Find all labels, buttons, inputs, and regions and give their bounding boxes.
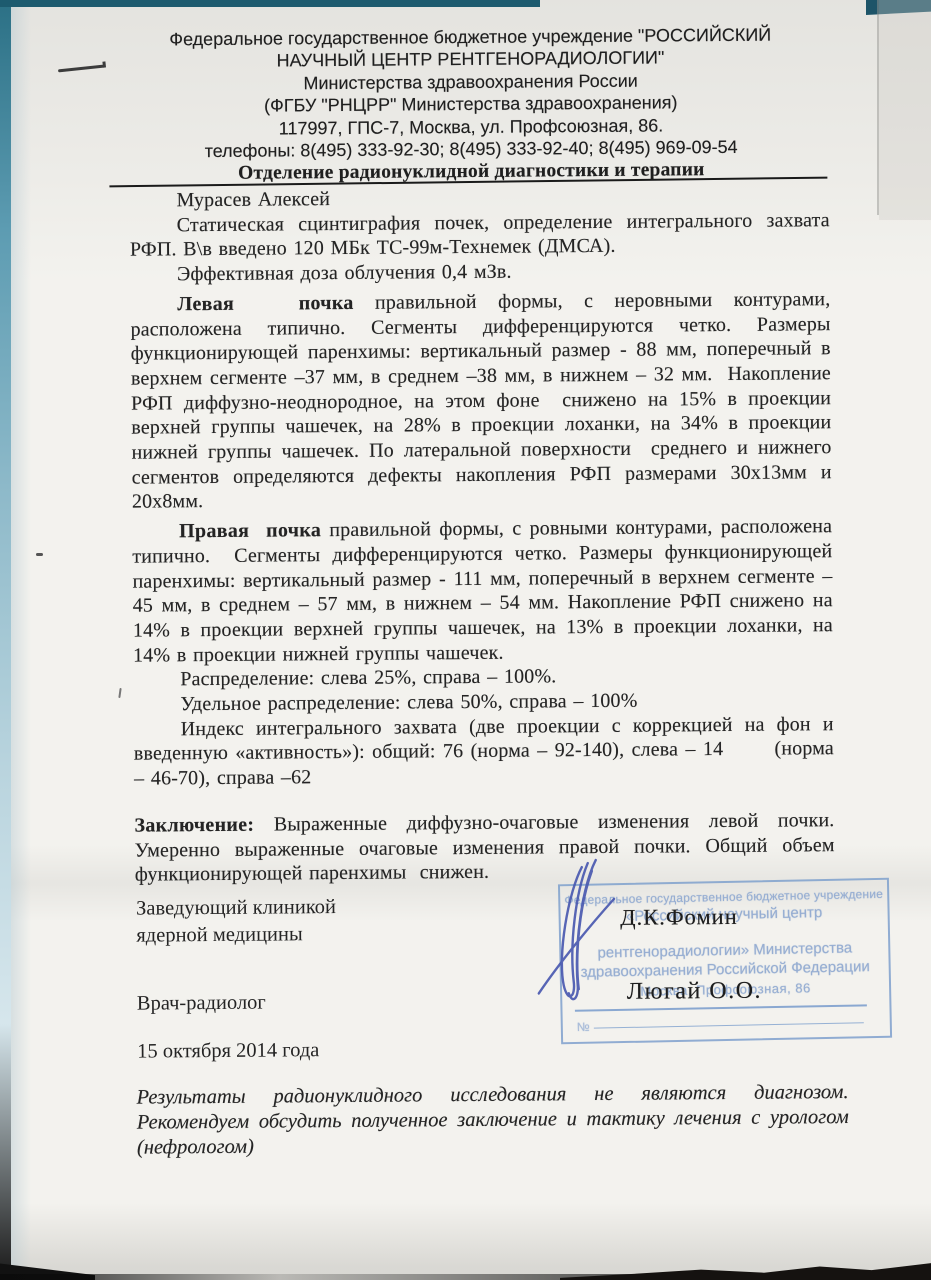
pen-dash-mark bbox=[58, 65, 104, 73]
radiologist-title: Врач-радиолог bbox=[137, 992, 266, 1016]
head-title-line1: Заведующий клиникой bbox=[136, 894, 336, 923]
right-kidney-paragraph: Правая почка правильной формы, с ровными… bbox=[132, 514, 833, 668]
left-kidney-lead: Левая почка bbox=[177, 292, 353, 315]
letterhead: Федеральное государственное бюджетное уч… bbox=[105, 23, 836, 187]
scan-speck bbox=[36, 553, 43, 556]
stamp-line3: рентгенорадиологии» Министерства bbox=[561, 939, 888, 963]
signature-underline bbox=[575, 1004, 867, 1011]
scanned-report-page: Федеральное государственное бюджетное уч… bbox=[0, 0, 931, 1280]
scanner-edge-top-left bbox=[0, 0, 540, 7]
footer-disclaimer: Результаты радионуклидного исследования … bbox=[136, 1080, 849, 1160]
report-date: 15 октября 2014 года bbox=[137, 1039, 319, 1063]
radiation-dose: Эффективная доза облучения 0,4 мЗв. bbox=[130, 257, 830, 287]
radiologist-name: Люгай О.О. bbox=[627, 978, 762, 1006]
scan-speck bbox=[118, 688, 121, 698]
scanner-edge-left-fade bbox=[11, 0, 31, 1280]
stamp-line5: Москва, Профсоюзная, 86 bbox=[562, 979, 889, 1001]
conclusion-paragraph: Заключение: Выраженные диффузно-очаговые… bbox=[134, 808, 835, 888]
left-kidney-paragraph: Левая почка правильной формы, с неровным… bbox=[130, 287, 832, 515]
org-stamp: Федеральное государственное бюджетное уч… bbox=[558, 878, 892, 1045]
head-of-clinic-title: Заведующий клиникой ядерной медицины bbox=[136, 894, 336, 950]
study-description: Статическая сцинтиграфия почек, определе… bbox=[130, 208, 830, 263]
stamp-number-row: № bbox=[577, 1014, 872, 1034]
head-of-clinic-name: Д.К.Фомин bbox=[620, 904, 738, 931]
left-kidney-text: правильной формы, с неровными контурами,… bbox=[130, 288, 831, 513]
scanner-edge-left bbox=[0, 0, 11, 1280]
right-kidney-lead: Правая почка bbox=[179, 519, 321, 542]
head-title-line2: ядерной медицины bbox=[136, 921, 336, 950]
stamp-number-line bbox=[594, 1022, 864, 1028]
uptake-index-paragraph: Индекс интегрального захвата (две проекц… bbox=[134, 712, 835, 792]
stamp-line4: здравоохранения Российской Федерации bbox=[562, 958, 889, 982]
stamp-number-label: № bbox=[577, 1020, 590, 1034]
paper-edge-bottom-right bbox=[560, 1254, 931, 1280]
conclusion-lead: Заключение: bbox=[134, 814, 254, 837]
paper-edge-shadow bbox=[879, 0, 931, 220]
stamp-line1: Федеральное государственное бюджетное уч… bbox=[560, 887, 887, 908]
report-body: Мурасев Алексей Статическая сцинтиграфия… bbox=[129, 183, 834, 887]
stamp-line2: «Российский научный центр bbox=[560, 903, 887, 927]
footer-disclaimer-text: Результаты радионуклидного исследования … bbox=[136, 1080, 849, 1160]
